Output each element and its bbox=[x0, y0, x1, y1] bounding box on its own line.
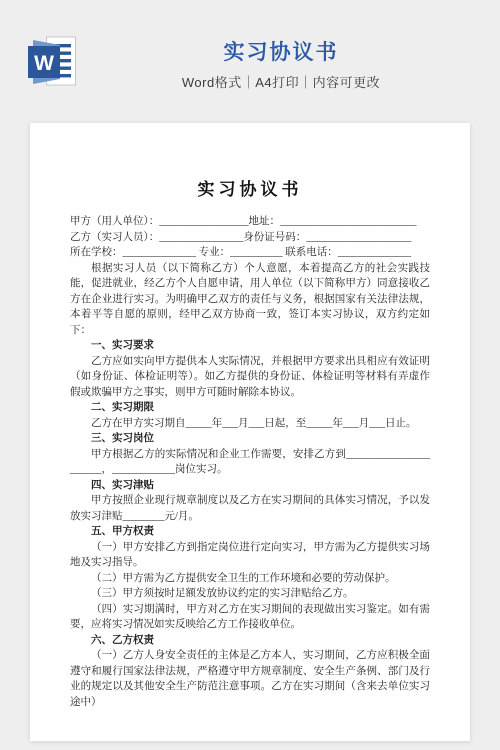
heading-internship-requirements: 一、实习要求 bbox=[70, 338, 430, 354]
page-subtitle: Word格式｜A4打印｜内容可更改 bbox=[86, 72, 476, 91]
document-page: 实习协议书 甲方（用人单位）：_________________地址：_____… bbox=[30, 123, 470, 741]
svg-text:W: W bbox=[34, 52, 54, 75]
para-duration: 乙方在甲方实习期自_____年___月___日起，至_____年___月___日… bbox=[70, 416, 430, 432]
para-a-duty-1: （一）甲方安排乙方到指定岗位进行定向实习，甲方需为乙方提供实习场地及实习指导。 bbox=[70, 540, 430, 571]
word-icon: W bbox=[27, 35, 81, 88]
heading-party-a-duties: 五、甲方权责 bbox=[70, 524, 430, 540]
para-allowance: 甲方按照企业现行规章制度以及乙方在实习期间的具体实习情况，予以发放实习津贴___… bbox=[70, 493, 430, 524]
heading-party-b-duties: 六、乙方权责 bbox=[70, 633, 430, 649]
heading-internship-duration: 二、实习期限 bbox=[70, 400, 430, 416]
para-b-duty-1: （一）乙方人身安全责任的主体是乙方本人，实习期间，乙方应积极全面遵守和履行国家法… bbox=[70, 648, 430, 710]
header: W 实习协议书 Word格式｜A4打印｜内容可更改 bbox=[0, 0, 500, 123]
field-line-party-a: 甲方（用人单位）：_________________地址：___________… bbox=[70, 214, 430, 230]
document-title: 实习协议书 bbox=[70, 175, 430, 200]
para-a-duty-3: （三）甲方须按时足额发放协议约定的实习津贴给乙方。 bbox=[70, 586, 430, 602]
heading-internship-allowance: 四、实习津贴 bbox=[70, 478, 430, 494]
page-title: 实习协议书 bbox=[86, 40, 476, 66]
heading-internship-position: 三、实习岗位 bbox=[70, 431, 430, 447]
para-preamble: 根据实习人员（以下简称乙方）个人意愿，本着提高乙方的社会实践技能，促进就业，经乙… bbox=[70, 261, 430, 339]
para-a-duty-4: （四）实习期满时，甲方对乙方在实习期间的表现做出实习鉴定。如有需要，应将实习情况… bbox=[70, 602, 430, 633]
para-requirements: 乙方应如实向甲方提供本人实际情况，并根据甲方要求出具相应有效证明（如身份证、体检… bbox=[70, 354, 430, 401]
field-line-school: 所在学校：______________ 专业：__________ 联系电话：_… bbox=[70, 245, 430, 261]
header-text-block: 实习协议书 Word格式｜A4打印｜内容可更改 bbox=[86, 40, 476, 91]
field-line-party-b: 乙方（实习人员）：________________身份证号码：_________… bbox=[70, 230, 430, 246]
para-a-duty-2: （二）甲方需为乙方提供安全卫生的工作环境和必要的劳动保护。 bbox=[70, 571, 430, 587]
para-position: 甲方根据乙方的实际情况和企业工作需要，安排乙方到________________… bbox=[70, 447, 430, 478]
